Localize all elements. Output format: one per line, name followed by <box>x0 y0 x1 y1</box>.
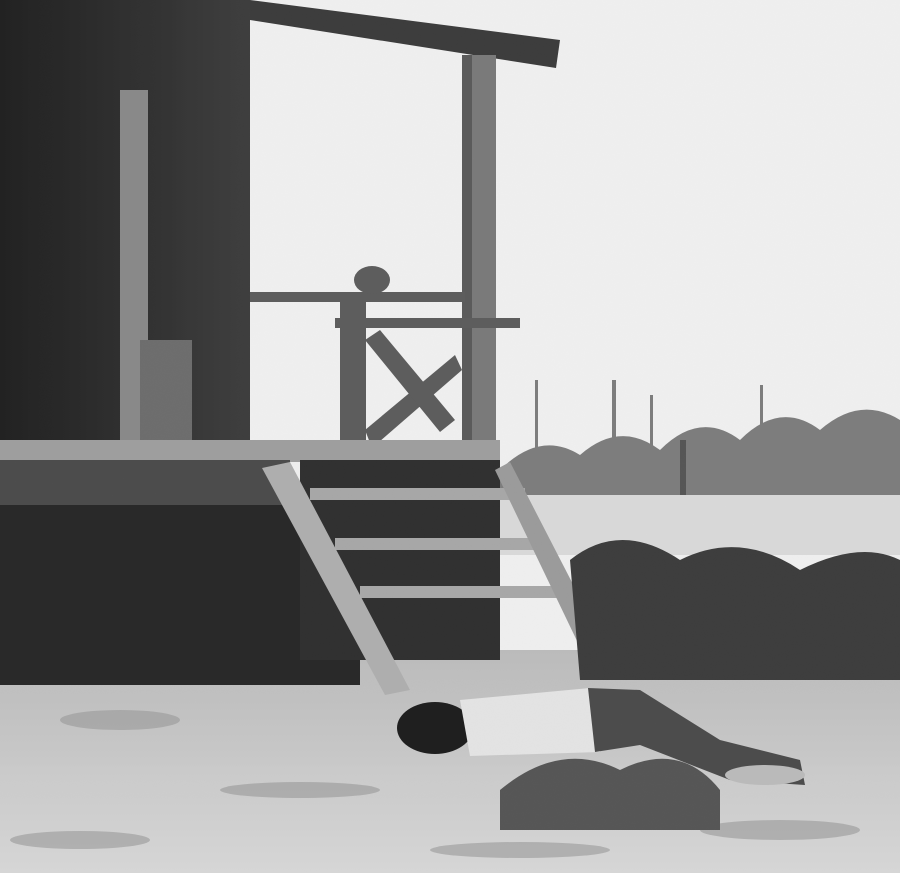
scene <box>0 0 900 873</box>
photograph <box>0 0 900 873</box>
film-grain <box>0 0 900 873</box>
